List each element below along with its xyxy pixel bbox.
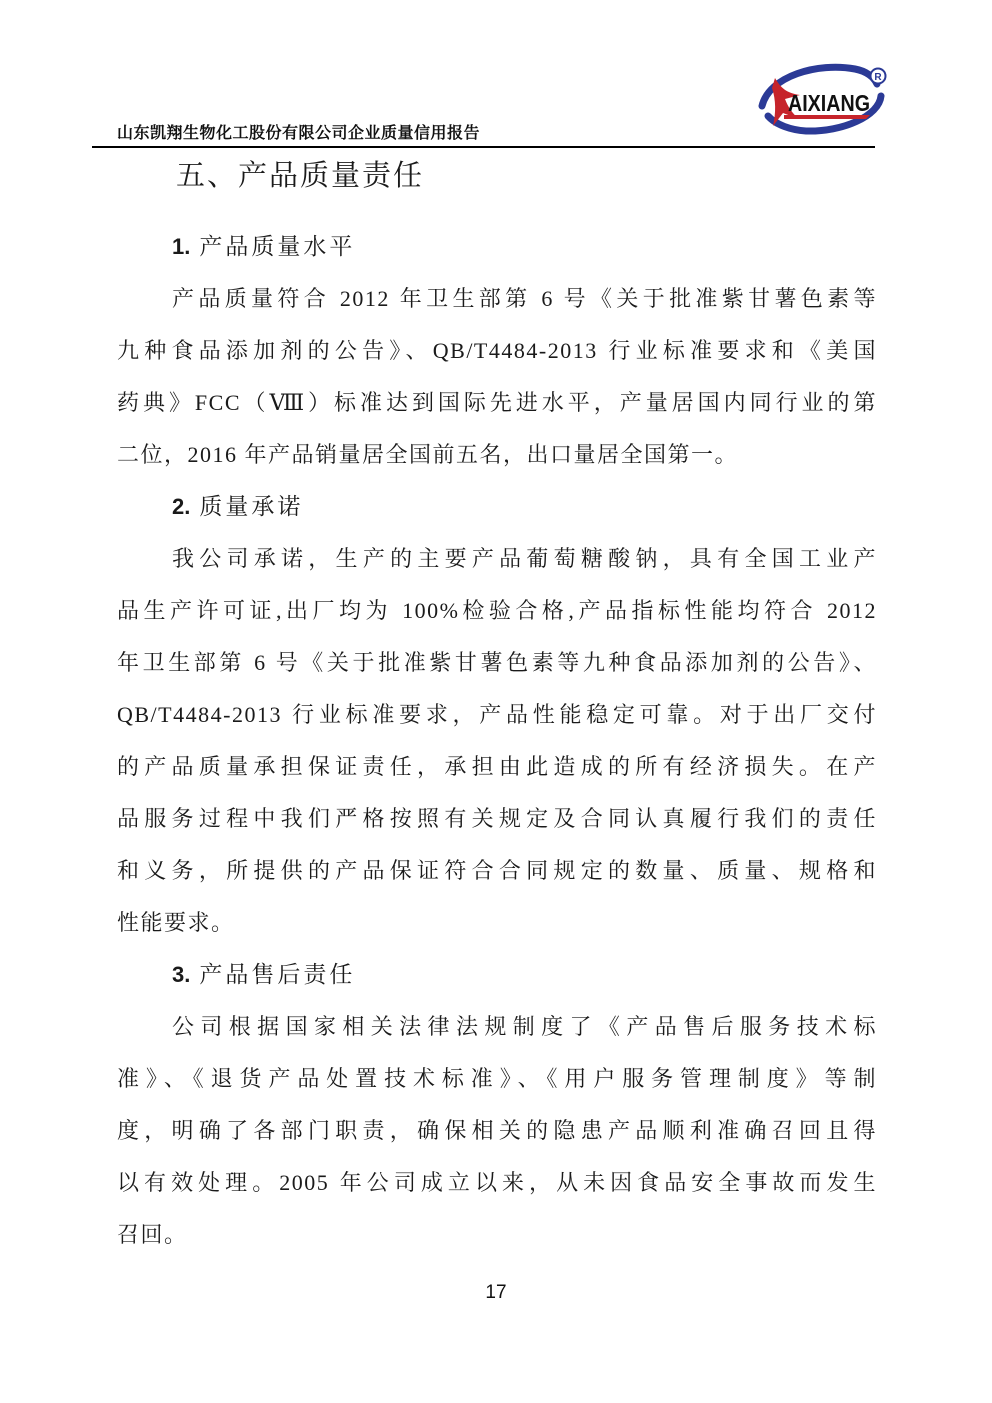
paragraph-line: 药典》FCC（Ⅷ）标准达到国际先进水平，产量居国内同行业的第 (117, 377, 877, 429)
section-heading-label: 产品售后责任 (199, 962, 355, 987)
document-page: 山东凯翔生物化工股份有限公司企业质量信用报告 AIXIANG R 五、产品质量责… (0, 0, 992, 1403)
section-heading-1: 1.产品质量水平 (117, 221, 877, 273)
paragraph-line: 产品质量符合 2012 年卫生部第 6 号《关于批准紫甘薯色素等 (117, 273, 877, 325)
paragraph-line: 度，明确了各部门职责，确保相关的隐患产品顺利准确召回且得 (117, 1105, 877, 1157)
paragraph-line: 和义务，所提供的产品保证符合合同规定的数量、质量、规格和 (117, 845, 877, 897)
section-number: 2. (172, 494, 190, 519)
paragraph-line: 九种食品添加剂的公告》、QB/T4484-2013 行业标准要求和《美国 (117, 325, 877, 377)
header-divider (92, 146, 875, 148)
paragraph-quality-commitment: 我公司承诺，生产的主要产品葡萄糖酸钠，具有全国工业产品生产许可证,出厂均为 10… (117, 533, 877, 949)
paragraph-line: 公司根据国家相关法律法规制度了《产品售后服务技术标 (117, 1001, 877, 1053)
logo-underline (784, 115, 870, 119)
paragraph-line: 二位，2016 年产品销量居全国前五名，出口量居全国第一。 (117, 429, 877, 481)
section-number: 1. (172, 234, 190, 259)
document-body: 五、产品质量责任 1.产品质量水平 产品质量符合 2012 年卫生部第 6 号《… (117, 152, 877, 1261)
paragraph-line: 年卫生部第 6 号《关于批准紫甘薯色素等九种食品添加剂的公告》、 (117, 637, 877, 689)
page-number: 17 (0, 1282, 992, 1304)
paragraph-line: 召回。 (117, 1209, 877, 1261)
paragraph-line: 品生产许可证,出厂均为 100%检验合格,产品指标性能均符合 2012 (117, 585, 877, 637)
paragraph-line: 品服务过程中我们严格按照有关规定及合同认真履行我们的责任 (117, 793, 877, 845)
section-heading-label: 质量承诺 (199, 494, 303, 519)
paragraph-line: 性能要求。 (117, 897, 877, 949)
section-heading-label: 产品质量水平 (199, 234, 355, 259)
svg-text:R: R (874, 72, 882, 83)
paragraph-line: 准》、《退货产品处置技术标准》、《用户服务管理制度》等制 (117, 1053, 877, 1105)
paragraph-line: 以有效处理。2005 年公司成立以来，从未因食品安全事故而发生 (117, 1157, 877, 1209)
registered-trademark-icon: R (871, 69, 886, 84)
paragraph-after-sales-responsibility: 公司根据国家相关法律法规制度了《产品售后服务技术标准》、《退货产品处置技术标准》… (117, 1001, 877, 1261)
section-number: 3. (172, 962, 190, 987)
logo-brand-text: AIXIANG (788, 90, 870, 116)
company-logo: AIXIANG R (750, 58, 894, 140)
paragraph-line: 我公司承诺，生产的主要产品葡萄糖酸钠，具有全国工业产 (117, 533, 877, 585)
section-heading-3: 3.产品售后责任 (117, 949, 877, 1001)
document-title: 五、产品质量责任 (117, 152, 877, 200)
paragraph-line: 的产品质量承担保证责任，承担由此造成的所有经济损失。在产 (117, 741, 877, 793)
paragraph-product-quality-level: 产品质量符合 2012 年卫生部第 6 号《关于批准紫甘薯色素等九种食品添加剂的… (117, 273, 877, 481)
paragraph-line: QB/T4484-2013 行业标准要求，产品性能稳定可靠。对于出厂交付 (117, 689, 877, 741)
section-heading-2: 2.质量承诺 (117, 481, 877, 533)
header-report-title: 山东凯翔生物化工股份有限公司企业质量信用报告 (117, 120, 480, 143)
